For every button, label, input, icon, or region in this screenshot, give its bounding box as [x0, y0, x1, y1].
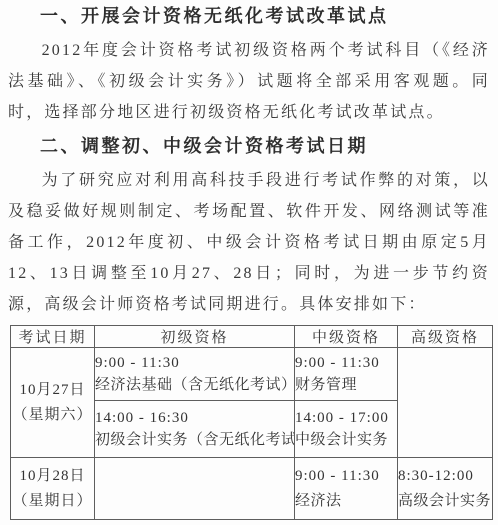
- section-2-paragraph: 为了研究应对利用高科技手段进行考试作弊的对策，以及稳妥做好规则制定、考场配置、软…: [8, 165, 490, 320]
- day2-row: 10月28日 （星期日） 9:00 - 11:30 经济法 8:30-12:00…: [11, 458, 493, 520]
- day1-intermediate-morning-subject: 财务管理: [295, 374, 397, 396]
- header-exam-date: 考试日期: [11, 326, 95, 348]
- day2-intermediate-cell: 9:00 - 11:30 经济法: [295, 458, 398, 520]
- day1-junior-morning-cell: 9:00 - 11:30 经济法基础（含无纸化考试）: [95, 348, 295, 401]
- day1-junior-morning-subject: 经济法基础（含无纸化考试）: [95, 374, 294, 396]
- day1-senior-cell-empty: [398, 348, 493, 458]
- day2-intermediate-time: 9:00 - 11:30: [295, 464, 397, 489]
- day2-weekday: （星期日）: [11, 489, 94, 514]
- header-senior-level: 高级资格: [398, 326, 493, 348]
- day1-intermediate-morning-time: 9:00 - 11:30: [295, 352, 397, 374]
- day2-senior-subject: 高级会计实务: [398, 489, 492, 514]
- day1-junior-afternoon-time: 14:00 - 16:30: [95, 407, 294, 429]
- day2-intermediate-subject: 经济法: [295, 489, 397, 514]
- exam-schedule-table: 考试日期 初级资格 中级资格 高级资格 10月27日 （星期六） 9:00 - …: [10, 325, 493, 520]
- section-1-paragraph: 2012年度会计资格考试初级资格两个考试科目（《经济法基础》、《初级会计实务》）…: [8, 35, 490, 128]
- day1-junior-afternoon-cell: 14:00 - 16:30 初级会计实务（含无纸化考试）: [95, 401, 295, 458]
- document-page: 一、开展会计资格无纸化考试改革试点 2012年度会计资格考试初级资格两个考试科目…: [0, 0, 498, 520]
- day2-senior-time: 8:30-12:00: [398, 464, 492, 489]
- table-header-row: 考试日期 初级资格 中级资格 高级资格: [11, 326, 493, 348]
- day1-intermediate-afternoon-time: 14:00 - 17:00: [295, 407, 397, 429]
- day1-intermediate-afternoon-cell: 14:00 - 17:00 中级会计实务: [295, 401, 398, 458]
- day1-morning-row: 10月27日 （星期六） 9:00 - 11:30 经济法基础（含无纸化考试） …: [11, 348, 493, 401]
- day1-junior-afternoon-subject: 初级会计实务（含无纸化考试）: [95, 429, 294, 451]
- day2-date: 10月28日: [11, 464, 94, 489]
- day1-date-cell: 10月27日 （星期六）: [11, 348, 95, 458]
- day2-senior-cell: 8:30-12:00 高级会计实务: [398, 458, 493, 520]
- day1-weekday: （星期六）: [11, 403, 94, 428]
- day1-junior-morning-time: 9:00 - 11:30: [95, 352, 294, 374]
- day2-date-cell: 10月28日 （星期日）: [11, 458, 95, 520]
- section-2-heading: 二、调整初、中级会计资格考试日期: [8, 133, 490, 159]
- day1-intermediate-morning-cell: 9:00 - 11:30 财务管理: [295, 348, 398, 401]
- day2-junior-cell-empty: [95, 458, 295, 520]
- day1-date: 10月27日: [11, 378, 94, 403]
- day1-intermediate-afternoon-subject: 中级会计实务: [295, 429, 397, 451]
- header-intermediate-level: 中级资格: [295, 326, 398, 348]
- header-junior-level: 初级资格: [95, 326, 295, 348]
- section-1-heading: 一、开展会计资格无纸化考试改革试点: [8, 3, 490, 29]
